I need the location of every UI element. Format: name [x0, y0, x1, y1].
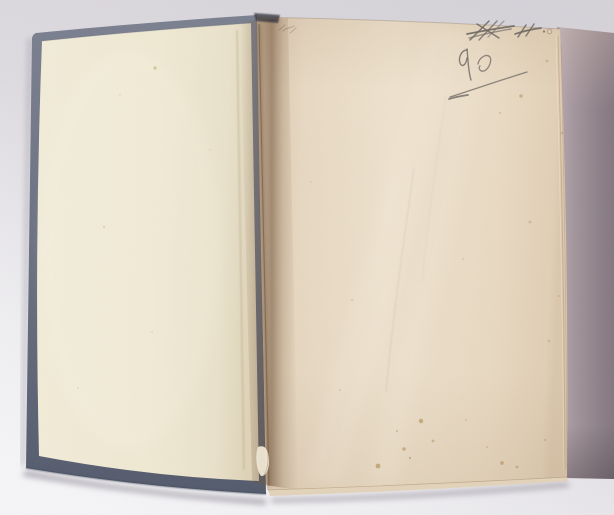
film-grain — [0, 0, 614, 515]
book-photograph — [0, 0, 614, 515]
